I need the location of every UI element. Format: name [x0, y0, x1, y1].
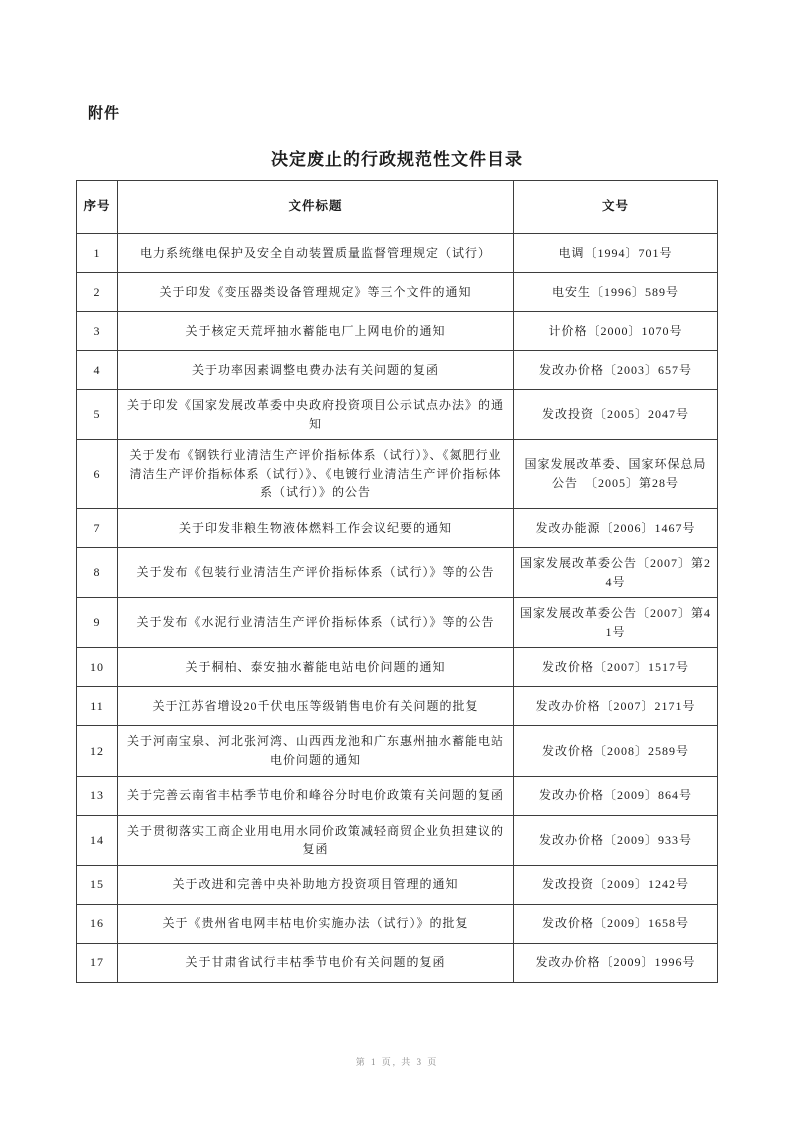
- row-document-title: 关于功率因素调整电费办法有关问题的复函: [118, 351, 514, 390]
- row-document-title: 关于改进和完善中央补助地方投资项目管理的通知: [118, 865, 514, 904]
- row-serial-number: 14: [77, 815, 118, 865]
- row-document-title: 关于完善云南省丰枯季节电价和峰谷分时电价政策有关问题的复函: [118, 776, 514, 815]
- row-document-title: 关于江苏省增设20千伏电压等级销售电价有关问题的批复: [118, 687, 514, 726]
- row-document-title: 关于印发非粮生物液体燃料工作会议纪要的通知: [118, 508, 514, 547]
- row-serial-number: 7: [77, 508, 118, 547]
- column-header-serial-number: 序号: [77, 181, 118, 234]
- table-row: 9关于发布《水泥行业清洁生产评价指标体系（试行）》等的公告国家发展改革委公告〔2…: [77, 598, 718, 648]
- table-row: 6关于发布《钢铁行业清洁生产评价指标体系（试行）》、《氮肥行业清洁生产评价指标体…: [77, 440, 718, 509]
- row-serial-number: 5: [77, 390, 118, 440]
- row-document-number: 发改投资〔2009〕1242号: [514, 865, 718, 904]
- row-document-title: 关于发布《钢铁行业清洁生产评价指标体系（试行）》、《氮肥行业清洁生产评价指标体系…: [118, 440, 514, 509]
- row-serial-number: 4: [77, 351, 118, 390]
- row-document-number: 发改价格〔2008〕2589号: [514, 726, 718, 776]
- table-row: 7关于印发非粮生物液体燃料工作会议纪要的通知发改办能源〔2006〕1467号: [77, 508, 718, 547]
- row-document-number: 发改办价格〔2007〕2171号: [514, 687, 718, 726]
- row-serial-number: 13: [77, 776, 118, 815]
- row-document-title: 关于《贵州省电网丰枯电价实施办法（试行）》的批复: [118, 904, 514, 943]
- row-document-title: 关于印发《国家发展改革委中央政府投资项目公示试点办法》的通知: [118, 390, 514, 440]
- table-row: 1电力系统继电保护及安全自动装置质量监督管理规定（试行）电调〔1994〕701号: [77, 234, 718, 273]
- row-document-title: 关于甘肃省试行丰枯季节电价有关问题的复函: [118, 943, 514, 982]
- row-serial-number: 12: [77, 726, 118, 776]
- row-serial-number: 1: [77, 234, 118, 273]
- row-document-title: 电力系统继电保护及安全自动装置质量监督管理规定（试行）: [118, 234, 514, 273]
- page-number-footer: 第 1 页, 共 3 页: [0, 1055, 794, 1068]
- row-document-title: 关于桐柏、泰安抽水蓄能电站电价问题的通知: [118, 648, 514, 687]
- table-row: 8关于发布《包装行业清洁生产评价指标体系（试行）》等的公告国家发展改革委公告〔2…: [77, 547, 718, 597]
- row-document-number: 国家发展改革委公告〔2007〕第41号: [514, 598, 718, 648]
- table-row: 3关于核定天荒坪抽水蓄能电厂上网电价的通知计价格〔2000〕1070号: [77, 312, 718, 351]
- abolished-documents-table: 序号 文件标题 文号 1电力系统继电保护及安全自动装置质量监督管理规定（试行）电…: [76, 180, 718, 983]
- table-row: 5关于印发《国家发展改革委中央政府投资项目公示试点办法》的通知发改投资〔2005…: [77, 390, 718, 440]
- document-page: 附件 决定废止的行政规范性文件目录 序号 文件标题 文号 1电力系统继电保护及安…: [0, 0, 794, 1123]
- table-row: 16关于《贵州省电网丰枯电价实施办法（试行）》的批复发改价格〔2009〕1658…: [77, 904, 718, 943]
- row-document-number: 发改投资〔2005〕2047号: [514, 390, 718, 440]
- row-document-number: 发改办价格〔2003〕657号: [514, 351, 718, 390]
- row-serial-number: 2: [77, 273, 118, 312]
- table-row: 10关于桐柏、泰安抽水蓄能电站电价问题的通知发改价格〔2007〕1517号: [77, 648, 718, 687]
- table-row: 4关于功率因素调整电费办法有关问题的复函发改办价格〔2003〕657号: [77, 351, 718, 390]
- row-document-number: 发改办价格〔2009〕933号: [514, 815, 718, 865]
- row-document-number: 计价格〔2000〕1070号: [514, 312, 718, 351]
- row-serial-number: 6: [77, 440, 118, 509]
- row-serial-number: 11: [77, 687, 118, 726]
- row-document-title: 关于发布《包装行业清洁生产评价指标体系（试行）》等的公告: [118, 547, 514, 597]
- row-document-title: 关于印发《变压器类设备管理规定》等三个文件的通知: [118, 273, 514, 312]
- column-header-document-number: 文号: [514, 181, 718, 234]
- table-row: 12关于河南宝泉、河北张河湾、山西西龙池和广东惠州抽水蓄能电站电价问题的通知发改…: [77, 726, 718, 776]
- row-serial-number: 9: [77, 598, 118, 648]
- table-row: 17关于甘肃省试行丰枯季节电价有关问题的复函发改办价格〔2009〕1996号: [77, 943, 718, 982]
- row-document-title: 关于发布《水泥行业清洁生产评价指标体系（试行）》等的公告: [118, 598, 514, 648]
- table-header-row: 序号 文件标题 文号: [77, 181, 718, 234]
- row-document-number: 国家发展改革委、国家环保总局公告 〔2005〕第28号: [514, 440, 718, 509]
- row-serial-number: 16: [77, 904, 118, 943]
- row-document-number: 发改办价格〔2009〕864号: [514, 776, 718, 815]
- row-document-number: 电安生〔1996〕589号: [514, 273, 718, 312]
- attachment-label: 附件: [88, 102, 120, 123]
- table-row: 11关于江苏省增设20千伏电压等级销售电价有关问题的批复发改办价格〔2007〕2…: [77, 687, 718, 726]
- row-document-title: 关于核定天荒坪抽水蓄能电厂上网电价的通知: [118, 312, 514, 351]
- row-serial-number: 15: [77, 865, 118, 904]
- row-document-number: 发改价格〔2007〕1517号: [514, 648, 718, 687]
- row-serial-number: 3: [77, 312, 118, 351]
- table-row: 13关于完善云南省丰枯季节电价和峰谷分时电价政策有关问题的复函发改办价格〔200…: [77, 776, 718, 815]
- table-row: 15关于改进和完善中央补助地方投资项目管理的通知发改投资〔2009〕1242号: [77, 865, 718, 904]
- row-document-number: 发改办能源〔2006〕1467号: [514, 508, 718, 547]
- row-serial-number: 8: [77, 547, 118, 597]
- table-row: 14关于贯彻落实工商企业用电用水同价政策减轻商贸企业负担建议的复函发改办价格〔2…: [77, 815, 718, 865]
- row-document-number: 电调〔1994〕701号: [514, 234, 718, 273]
- column-header-document-title: 文件标题: [118, 181, 514, 234]
- row-document-title: 关于河南宝泉、河北张河湾、山西西龙池和广东惠州抽水蓄能电站电价问题的通知: [118, 726, 514, 776]
- row-serial-number: 17: [77, 943, 118, 982]
- row-serial-number: 10: [77, 648, 118, 687]
- row-document-number: 发改价格〔2009〕1658号: [514, 904, 718, 943]
- page-title: 决定废止的行政规范性文件目录: [0, 145, 794, 170]
- row-document-number: 发改办价格〔2009〕1996号: [514, 943, 718, 982]
- row-document-title: 关于贯彻落实工商企业用电用水同价政策减轻商贸企业负担建议的复函: [118, 815, 514, 865]
- table-row: 2关于印发《变压器类设备管理规定》等三个文件的通知电安生〔1996〕589号: [77, 273, 718, 312]
- row-document-number: 国家发展改革委公告〔2007〕第24号: [514, 547, 718, 597]
